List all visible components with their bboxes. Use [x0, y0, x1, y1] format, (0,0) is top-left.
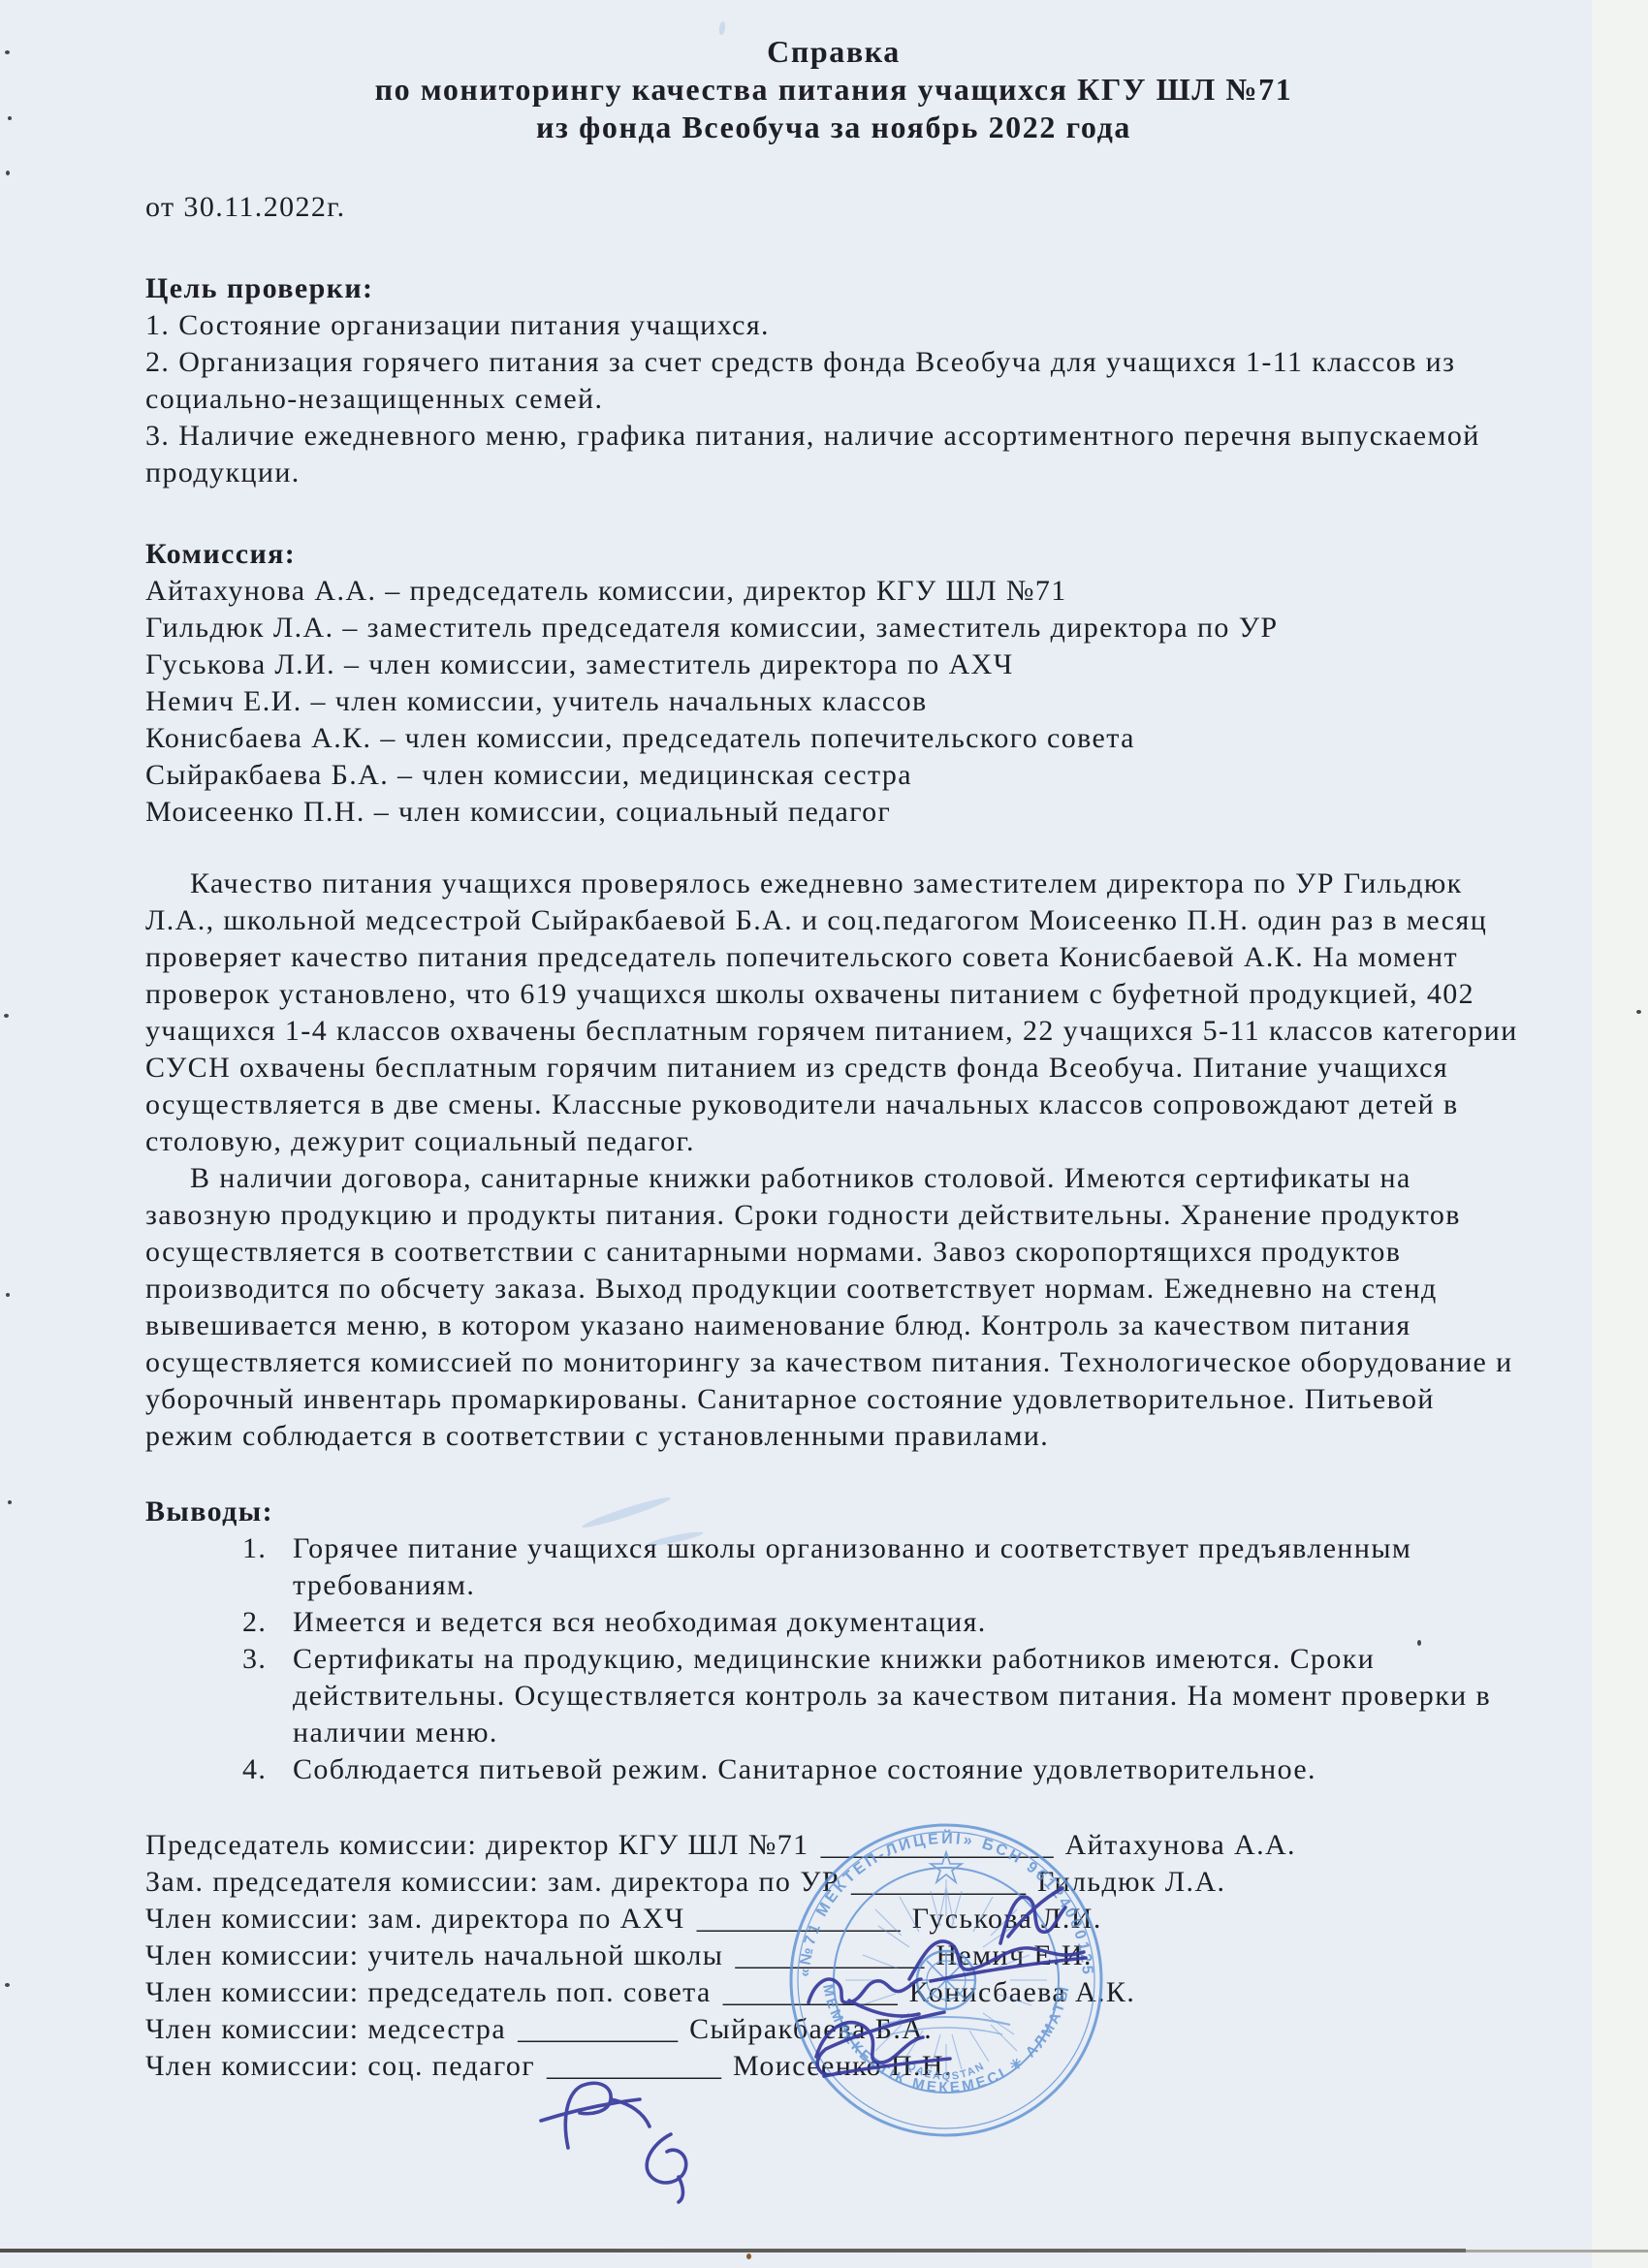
- goal-item: 1. Состояние организации питания учащихс…: [145, 307, 1522, 344]
- commission-member: Айтахунова А.А. – председатель комиссии,…: [145, 573, 1522, 610]
- document-date: от 30.11.2022г.: [145, 189, 1522, 226]
- signature-blank-line: ____________: [547, 2050, 721, 2082]
- signature-stroke-row7: [647, 2134, 686, 2202]
- signature-label: Член комиссии: учитель начальной школы: [145, 1939, 723, 1971]
- stamp-seal-graphic: «№71 МЕКТЕП-ЛИЦЕЙІ» БСН 96124000125 МЕМЛ…: [785, 1819, 1107, 2141]
- title-line-2: по мониторингу качества питания учащихся…: [145, 71, 1522, 109]
- scan-speck: [5, 1983, 10, 1987]
- commission-member: Гильдюк Л.А. – заместитель председателя …: [145, 610, 1522, 646]
- scan-speck: [746, 2253, 751, 2259]
- stamp-shanyrak: [917, 1951, 975, 2009]
- signature-label: Член комиссии: председатель поп. совета: [145, 1976, 712, 2008]
- body-paragraph-1: Качество питания учащихся проверялось еж…: [145, 866, 1522, 1160]
- commission-member: Немич Е.И. – член комиссии, учитель нача…: [145, 683, 1522, 720]
- conclusions-section: Выводы: Горячее питание учащихся школы о…: [145, 1494, 1522, 1788]
- signature-label: Член комиссии: соц. педагог: [145, 2050, 535, 2082]
- title-line-3: из фонда Всеобуча за ноябрь 2022 года: [145, 109, 1522, 146]
- scan-speck: [5, 50, 10, 54]
- scan-speck: [1417, 1640, 1421, 1646]
- signature-blank-line: ___________: [518, 2013, 678, 2045]
- scan-speck: [8, 116, 12, 120]
- title-line-1: Справка: [145, 33, 1522, 71]
- conclusion-item: Соблюдается питьевой режим. Санитарное с…: [242, 1751, 1522, 1788]
- official-stamp: «№71 МЕКТЕП-ЛИЦЕЙІ» БСН 96124000125 МЕМЛ…: [785, 1819, 1107, 2141]
- scanned-document-page: Справка по мониторингу качества питания …: [0, 0, 1648, 2268]
- goal-section: Цель проверки: 1. Состояние организации …: [145, 270, 1522, 491]
- commission-heading: Комиссия:: [145, 536, 1522, 573]
- conclusions-heading: Выводы:: [145, 1494, 1522, 1530]
- commission-member: Моисеенко П.Н. – член комиссии, социальн…: [145, 794, 1522, 831]
- signature-label: Член комиссии: медсестра: [145, 2013, 506, 2045]
- scan-speck: [6, 1293, 10, 1297]
- commission-member: Гуськова Л.И. – член комиссии, заместите…: [145, 646, 1522, 683]
- conclusion-item: Сертификаты на продукцию, медицинские кн…: [242, 1641, 1522, 1751]
- document-title: Справка по мониторингу качества питания …: [145, 33, 1522, 146]
- scan-speck: [1636, 1010, 1641, 1014]
- page-bottom-edge-line: [0, 2249, 1466, 2252]
- goal-item: 3. Наличие ежедневного меню, графика пит…: [145, 418, 1522, 491]
- conclusion-item: Горячее питание учащихся школы организов…: [242, 1530, 1522, 1604]
- signature-stroke-row6: [541, 2083, 650, 2148]
- signature-label: Зам. председателя комиссии: зам. директо…: [145, 1866, 840, 1898]
- scan-speck: [8, 1500, 12, 1504]
- scan-speck: [6, 171, 10, 175]
- scan-speck: [4, 1014, 9, 1018]
- commission-section: Комиссия: Айтахунова А.А. – председатель…: [145, 536, 1522, 831]
- signature-label: Председатель комиссии: директор КГУ ШЛ №…: [145, 1829, 809, 1861]
- conclusion-item: Имеется и ведется вся необходимая докуме…: [242, 1604, 1522, 1641]
- goal-heading: Цель проверки:: [145, 270, 1522, 307]
- signature-label: Член комиссии: зам. директора по АХЧ: [145, 1903, 685, 1935]
- commission-member: Конисбаева А.К. – член комиссии, председ…: [145, 720, 1522, 757]
- commission-member: Сыйракбаева Б.А. – член комиссии, медици…: [145, 757, 1522, 794]
- body-paragraph-2: В наличии договора, санитарные книжки ра…: [145, 1160, 1522, 1455]
- goal-item: 2. Организация горячего питания за счет …: [145, 344, 1522, 418]
- document-content: Справка по мониторингу качества питания …: [0, 0, 1648, 2085]
- page-bottom-edge-line-light: [1466, 2250, 1648, 2252]
